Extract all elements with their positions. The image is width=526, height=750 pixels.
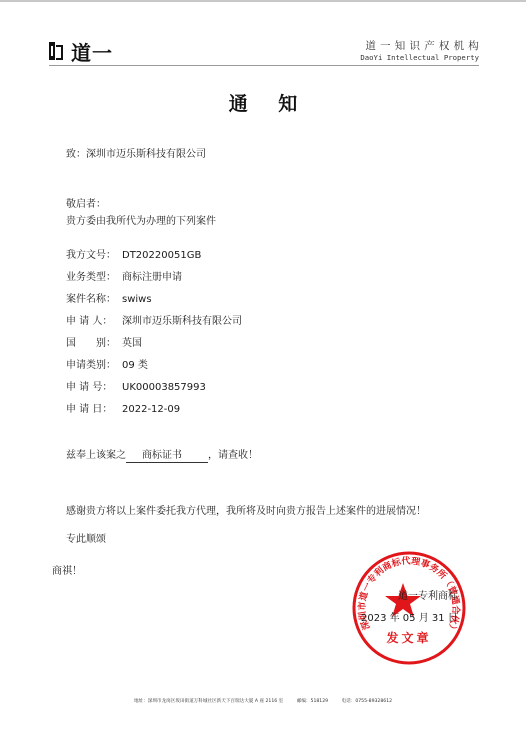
field-value: DT20220051GB — [122, 249, 201, 263]
thanks-text: 感谢贵方将以上案件委托我方代理，我所将及时向贵方报告上述案件的进展情况！ — [66, 505, 426, 519]
recipient: 致：深圳市迈乐斯科技有限公司 — [66, 148, 206, 162]
org-name: 道一知识产权机构 DaoYi Intellectual Property — [360, 40, 479, 63]
company-logo: 道一 — [49, 38, 113, 64]
field-value: 商标注册申请 — [122, 271, 182, 285]
field-value: 深圳市迈乐斯科技有限公司 — [122, 315, 242, 329]
field-label: 申请类别： — [66, 359, 122, 373]
svg-text:发文章: 发文章 — [385, 630, 431, 645]
footer-address: 地址：深圳市龙岗区坂田街道万科城社区新天下百瑞达大厦 A 座 2116 室 — [134, 699, 283, 704]
top-border — [0, 0, 526, 2]
field-row-class: 申请类别：09 类 — [66, 359, 148, 373]
footer-postcode: 邮编：518129 — [297, 699, 328, 704]
intro-text: 贵方委由我所代为办理的下列案件 — [66, 215, 216, 229]
field-label: 申 请 人： — [66, 315, 122, 329]
field-label: 我方文号： — [66, 249, 122, 263]
field-row-ref-number: 我方文号：DT20220051GB — [66, 249, 201, 263]
field-value: 2022-12-09 — [122, 403, 180, 417]
logo-mark-icon — [49, 42, 63, 60]
org-name-cn: 道一知识产权机构 — [360, 40, 483, 53]
letterhead: 道一 道一知识产权机构 DaoYi Intellectual Property — [49, 38, 479, 66]
field-row-country: 国 别：英国 — [66, 337, 142, 351]
salutation-text: 商祺！ — [52, 565, 82, 579]
field-value: 英国 — [122, 337, 142, 351]
field-label: 申 请 日： — [66, 403, 122, 417]
field-label: 国 别： — [66, 337, 122, 351]
page-title: 通 知 — [0, 89, 526, 116]
signature-date: 2023 年 05 月 31 日 — [361, 609, 458, 624]
closing-text: 专此顺颂 — [66, 533, 106, 547]
field-value: swiws — [122, 293, 152, 307]
field-label: 申 请 号： — [66, 381, 122, 395]
logo-text: 道一 — [71, 37, 113, 66]
enclosure-notice: 兹奉上该案之商标证书，请查收！ — [66, 449, 258, 463]
field-label: 业务类型： — [66, 271, 122, 285]
field-value: UK00003857993 — [122, 381, 206, 395]
field-row-application-date: 申 请 日：2022-12-09 — [66, 403, 180, 417]
official-seal-icon: 深圳市道一专利商标代理事务所（普通合伙） 发文章 — [351, 550, 467, 666]
greeting: 敬启者： — [66, 198, 106, 212]
signature-sender: 道一专利商标 — [398, 587, 458, 602]
field-row-case-name: 案件名称：swiws — [66, 293, 152, 307]
enclosure-document: 商标证书 — [126, 450, 208, 463]
footer: 地址：深圳市龙岗区坂田街道万科城社区新天下百瑞达大厦 A 座 2116 室 邮编… — [0, 698, 526, 704]
field-row-applicant: 申 请 人：深圳市迈乐斯科技有限公司 — [66, 315, 242, 329]
org-name-en: DaoYi Intellectual Property — [360, 53, 479, 63]
field-value: 09 类 — [122, 359, 148, 373]
field-label: 案件名称： — [66, 293, 122, 307]
footer-phone: 电话：0755-89328612 — [342, 699, 393, 704]
enclosure-suffix: ，请查收！ — [208, 450, 258, 461]
enclosure-prefix: 兹奉上该案之 — [66, 450, 126, 461]
field-row-business-type: 业务类型：商标注册申请 — [66, 271, 182, 285]
field-row-application-number: 申 请 号：UK00003857993 — [66, 381, 206, 395]
